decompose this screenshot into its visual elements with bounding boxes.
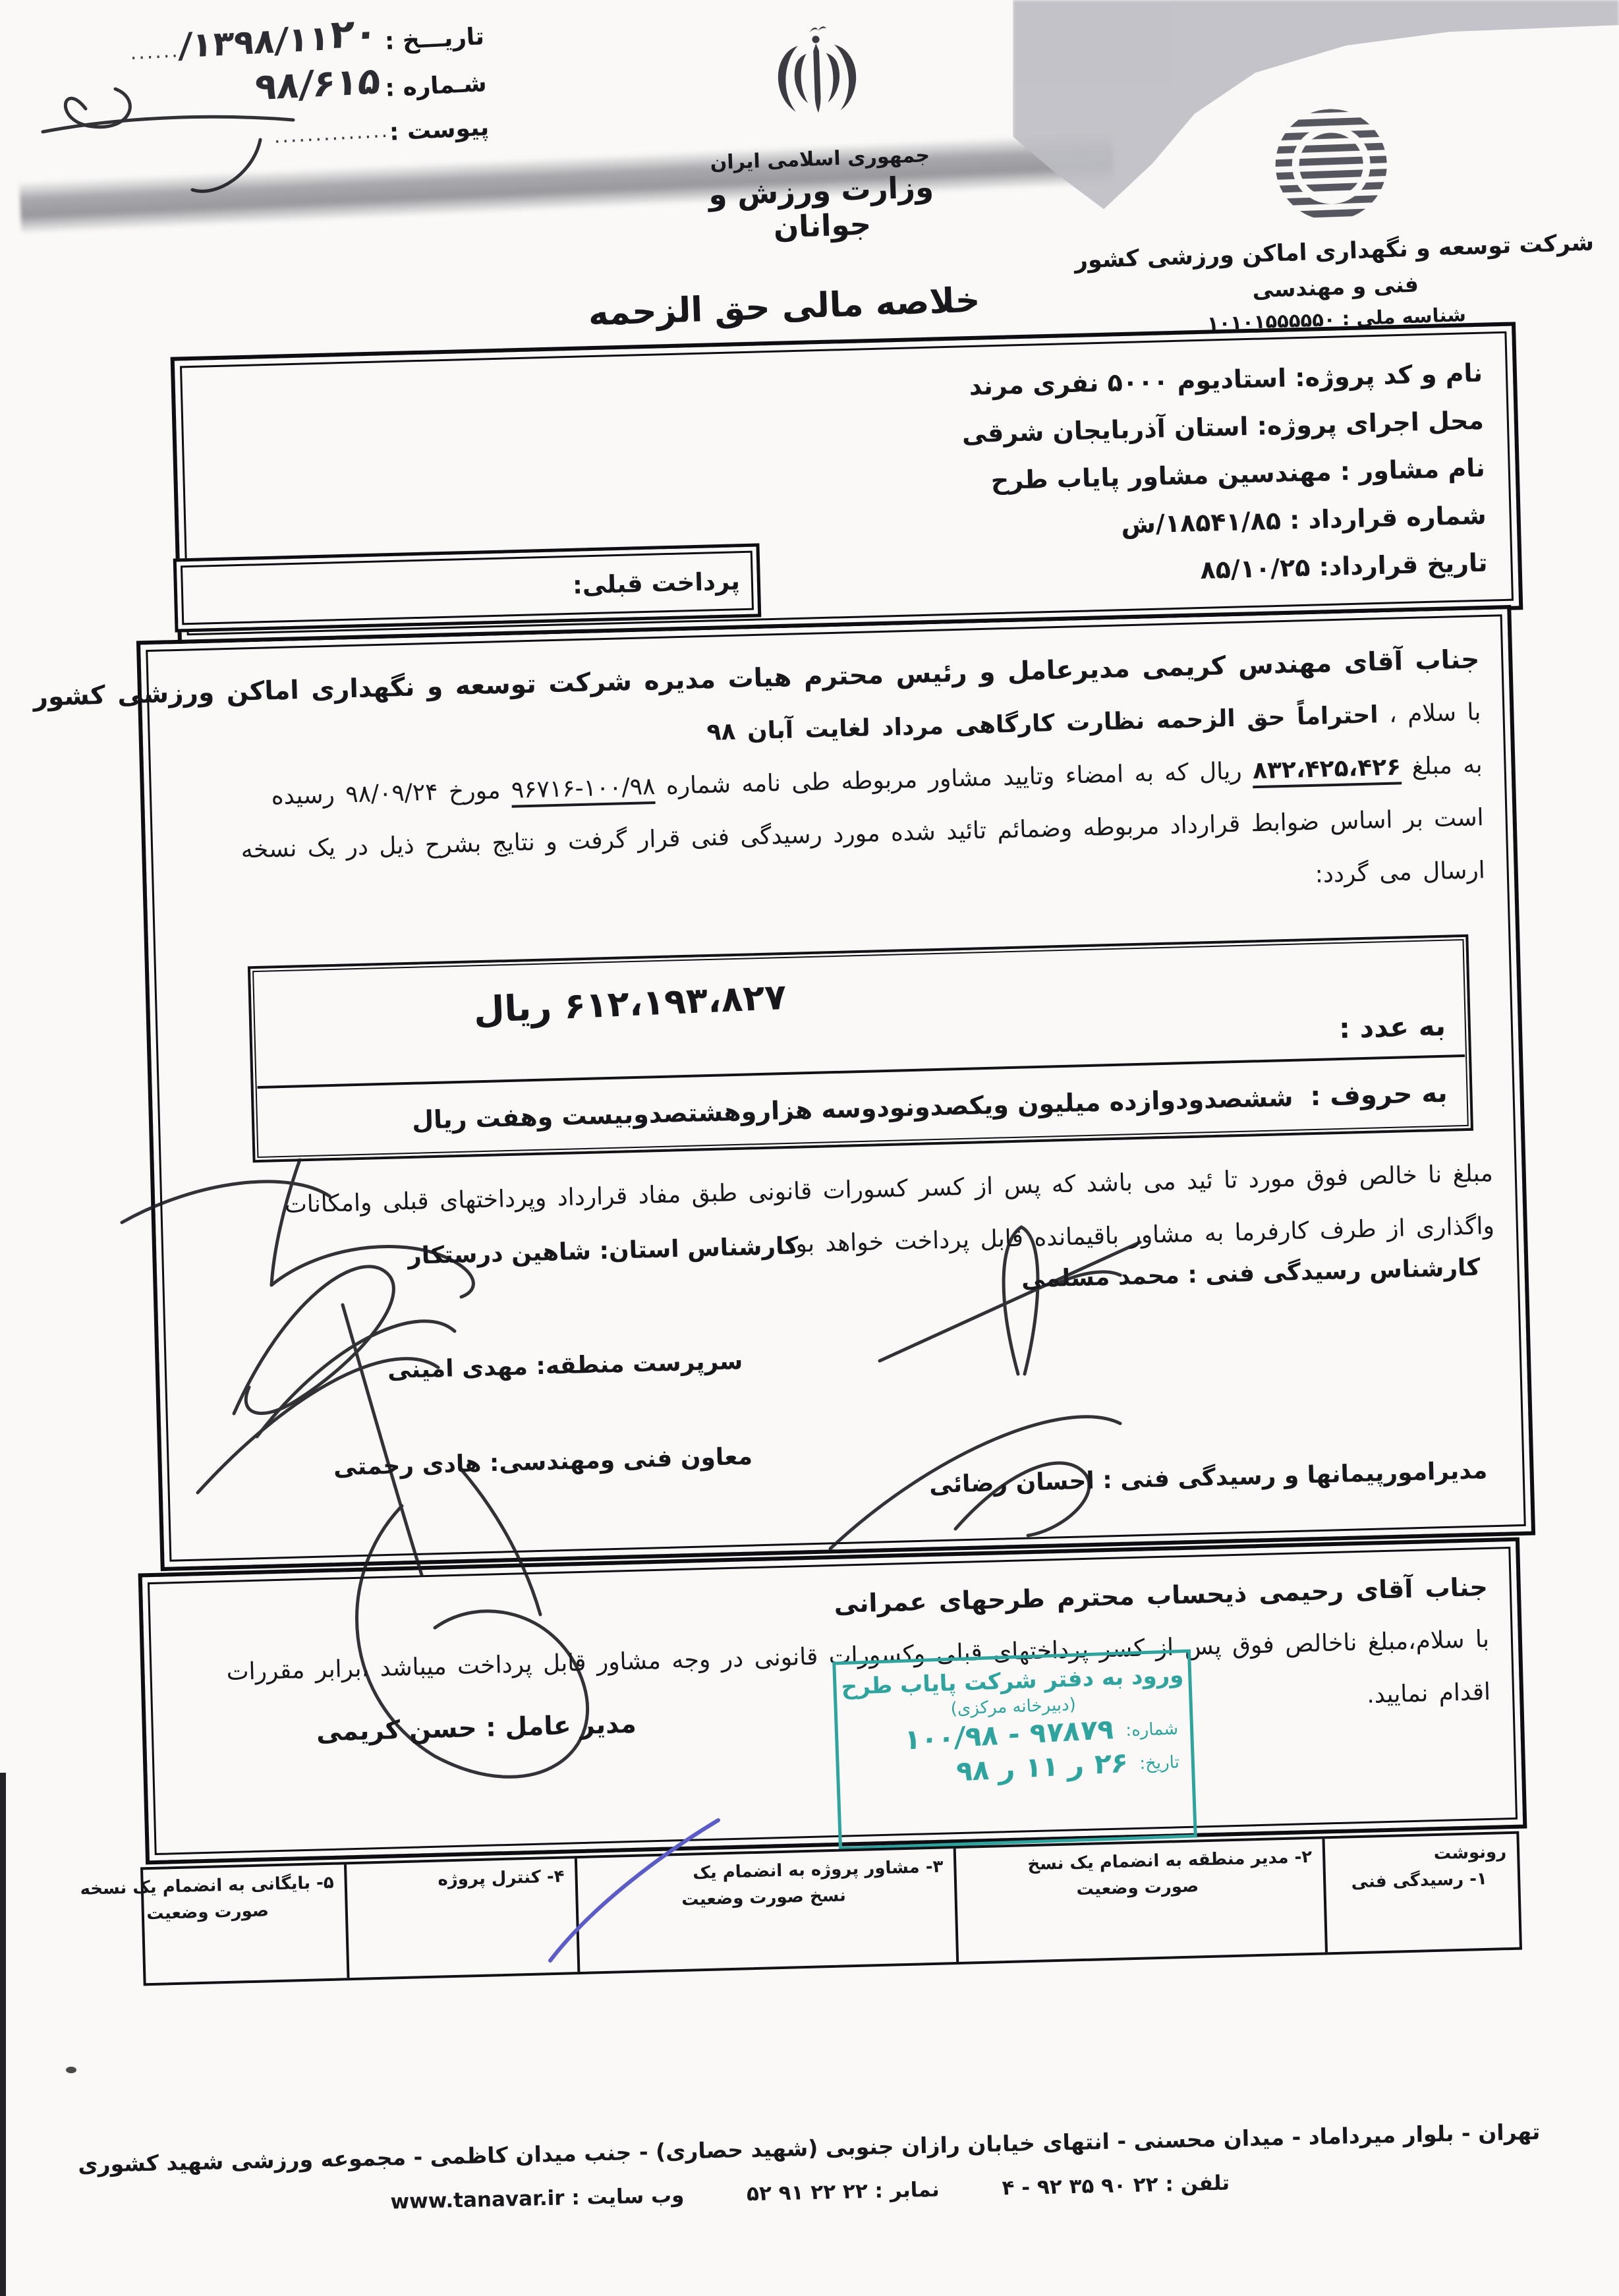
tech-review-name: محمد مسلمی (1021, 1262, 1180, 1293)
payment-order-box: جناب آقای رحیمی ذیحساب محترم طرحهای عمرا… (138, 1537, 1527, 1865)
after-amount-text: که به امضاء وتایید مشاور مربوطه طی نامه … (666, 759, 1189, 800)
handwritten-number: ۹۸/۶۱۵ (253, 59, 382, 109)
cc-item-1: ۱- رسیدگی فنی (1331, 1868, 1508, 1893)
contract-number-label: شماره قرارداد : (1290, 501, 1487, 535)
ministry-title: وزارت ورزش و جوانان (698, 169, 944, 248)
website-value: www.tanavar.ir (390, 2186, 565, 2214)
website-label: وب سایت : (571, 2183, 685, 2210)
distribution-cell-cc: رونوشت ۱- رسیدگی فنی (1322, 1834, 1519, 1953)
date-label: تاریـــخ : (384, 23, 485, 55)
project-location-value: استان آذربایجان شرقی (961, 412, 1249, 448)
approved-amount-box: به عدد : ۶۱۲،۱۹۳،۸۲۷ ریال به حروف : ششصد… (248, 934, 1473, 1162)
cc-item-3-line1: ۳- مشاور پروژه به انضمام یک (582, 1857, 944, 1886)
province-expert-label: کارشناس استان: (599, 1232, 799, 1265)
cc-item-2-line2: صورت وضعیت (962, 1874, 1313, 1903)
footer-website: وب سایت : www.tanavar.ir (390, 2183, 685, 2214)
cc-item-4-line2 (353, 1893, 565, 1899)
contracts-manager-name: احسان رضائی (928, 1468, 1094, 1499)
in-words-value: ششصدودوازده میلیون ویکصدونودوسه هزاروهشت… (412, 1082, 1311, 1135)
after-ref-text: مورخ ۹۸/۰۹/۲۴ رسیده (271, 777, 501, 810)
cc-item-5-line2: صورت وضعیت (80, 1899, 335, 1926)
project-consultant-value: مهندسین مشاور پایاب طرح (990, 457, 1332, 496)
company-letterhead: شرکت توسعه و نگهداری اماکن ورزشی کشور فن… (1049, 96, 1616, 339)
company-striped-sphere-icon (1270, 103, 1392, 226)
distribution-cell-project-control: ۴- کنترل پروژه (344, 1858, 577, 1978)
subject-text: احتراماً حق الزحمه نظارت کارگاهی مرداد ل… (706, 701, 1378, 746)
phone-label: تلفن : (1165, 2171, 1230, 2196)
number-label: شـماره : (384, 70, 487, 102)
date-dots: ...... (130, 39, 181, 69)
letterhead-fields: تاریـــخ : ۲۰ ۱۳۹۸/۱۱/ ...... شـماره : ۹… (28, 0, 490, 165)
in-digits-value: ۶۱۲،۱۹۳،۸۲۷ ریال (472, 976, 787, 1031)
distribution-cell-region-manager: ۲- مدیر منطقه به انضمام یک نسخ صورت وضعی… (953, 1839, 1325, 1962)
cc-item-4-line1: ۴- کنترل پروژه (352, 1867, 565, 1892)
cc-item-3-line2: نسخ صورت وضعیت (583, 1883, 944, 1912)
gross-amount-value: ۸۳۲،۴۲۵،۴۲۶ (1253, 753, 1402, 788)
project-location-label: محل اجرای پروژه: (1257, 406, 1484, 441)
fax-label: نمابر : (874, 2178, 940, 2203)
attachment-label: پیوست : (389, 114, 490, 146)
registry-entry-stamp: ورود به دفتر شرکت پایاب طرح (دبیرخانه مر… (832, 1650, 1197, 1851)
previous-payment-box: پرداخت قبلی: (173, 543, 762, 632)
amount-prefix: به مبلغ (1411, 751, 1483, 780)
stamp-date-value: ۲۶ ر ۱۱ ر ۹۸ (955, 1746, 1128, 1788)
distribution-cell-archive: ۵- بایگانی به انضمام یک نسخه صورت وضعیت (74, 1864, 347, 1985)
scan-speck (66, 2067, 76, 2073)
stamp-number-label: شماره: (1125, 1719, 1179, 1740)
contract-number-value: ۱۸۵۴۱/۸۵/ش (1121, 506, 1282, 539)
contract-date-value: ۸۵/۱۰/۲۵ (1200, 553, 1311, 585)
attachment-row: پیوست : .............. (34, 114, 490, 165)
contract-date-label: تاریخ قرارداد: (1319, 548, 1488, 582)
fax-value: ۲۲ ۲۲ ۹۱ ۵۲ (747, 2179, 868, 2206)
project-consultant-label: نام مشاور : (1340, 453, 1485, 486)
cc-item-5-line1: ۵- بایگانی به انضمام یک نسخه (80, 1873, 334, 1899)
handwritten-date: ۱۳۹۸/۱۱/ (178, 18, 331, 66)
cc-item-2-line1: ۲- مدیر منطقه به انضمام یک نسخ (961, 1847, 1313, 1876)
scanned-document-page: تاریـــخ : ۲۰ ۱۳۹۸/۱۱/ ...... شـماره : ۹… (0, 0, 1619, 2296)
iran-emblem-icon (766, 22, 868, 144)
phone-value: ۲۲ ۹۰ ۳۵ ۹۲ - ۴ (1002, 2173, 1158, 2200)
amount-unit: ریال (1199, 758, 1243, 786)
project-name-value: استادیوم ۵۰۰۰ نفری مرند (969, 363, 1287, 401)
distribution-cell-consultant: ۳- مشاور پروژه به انضمام یک نسخ صورت وضع… (575, 1849, 956, 1972)
in-words-label: به حروف : (1310, 1077, 1470, 1112)
province-expert-name: شاهین درستکار (408, 1238, 592, 1269)
ministry-letterhead: جمهوری اسلامی ایران وزارت ورزش و جوانان (693, 20, 944, 248)
previous-payment-label: پرداخت قبلی: (572, 566, 757, 599)
project-name-label: نام و کد پروژه: (1295, 359, 1483, 392)
stamp-date-label: تاریخ: (1139, 1752, 1180, 1773)
footer-phone: تلفن : ۲۲ ۹۰ ۳۵ ۹۲ - ۴ (1002, 2171, 1230, 2200)
letter-body-box: جناب آقای مهندس کریمی مدیرعامل و رئیس مح… (136, 605, 1535, 1571)
footer-fax: نمابر : ۲۲ ۲۲ ۹۱ ۵۲ (747, 2178, 940, 2206)
attachment-dots: .............. (273, 119, 390, 152)
technical-deputy-name: هادی رحمتی (333, 1450, 481, 1481)
consultant-letter-ref: ۱۰۰/۹۸-۹۶۷۱۶ (511, 773, 656, 808)
region-supervisor-label: سرپرست منطقه: (536, 1348, 743, 1380)
in-digits-label: به عدد : (1338, 1010, 1446, 1045)
ceo-name: حسن کریمی (316, 1713, 477, 1747)
region-supervisor-name: مهدی امینی (387, 1353, 528, 1384)
document-title: خلاصه مالی حق الزحمه (520, 278, 1048, 336)
cc-label: رونوشت (1330, 1842, 1507, 1866)
salutation: با سلام ، (1388, 699, 1481, 728)
handwritten-date-day: ۲۰ (328, 9, 380, 58)
page-footer: تهران - بلوار میرداماد - میدان محسنی - ا… (0, 2117, 1619, 2223)
ceo-label: مدیر عامل : (486, 1709, 637, 1743)
